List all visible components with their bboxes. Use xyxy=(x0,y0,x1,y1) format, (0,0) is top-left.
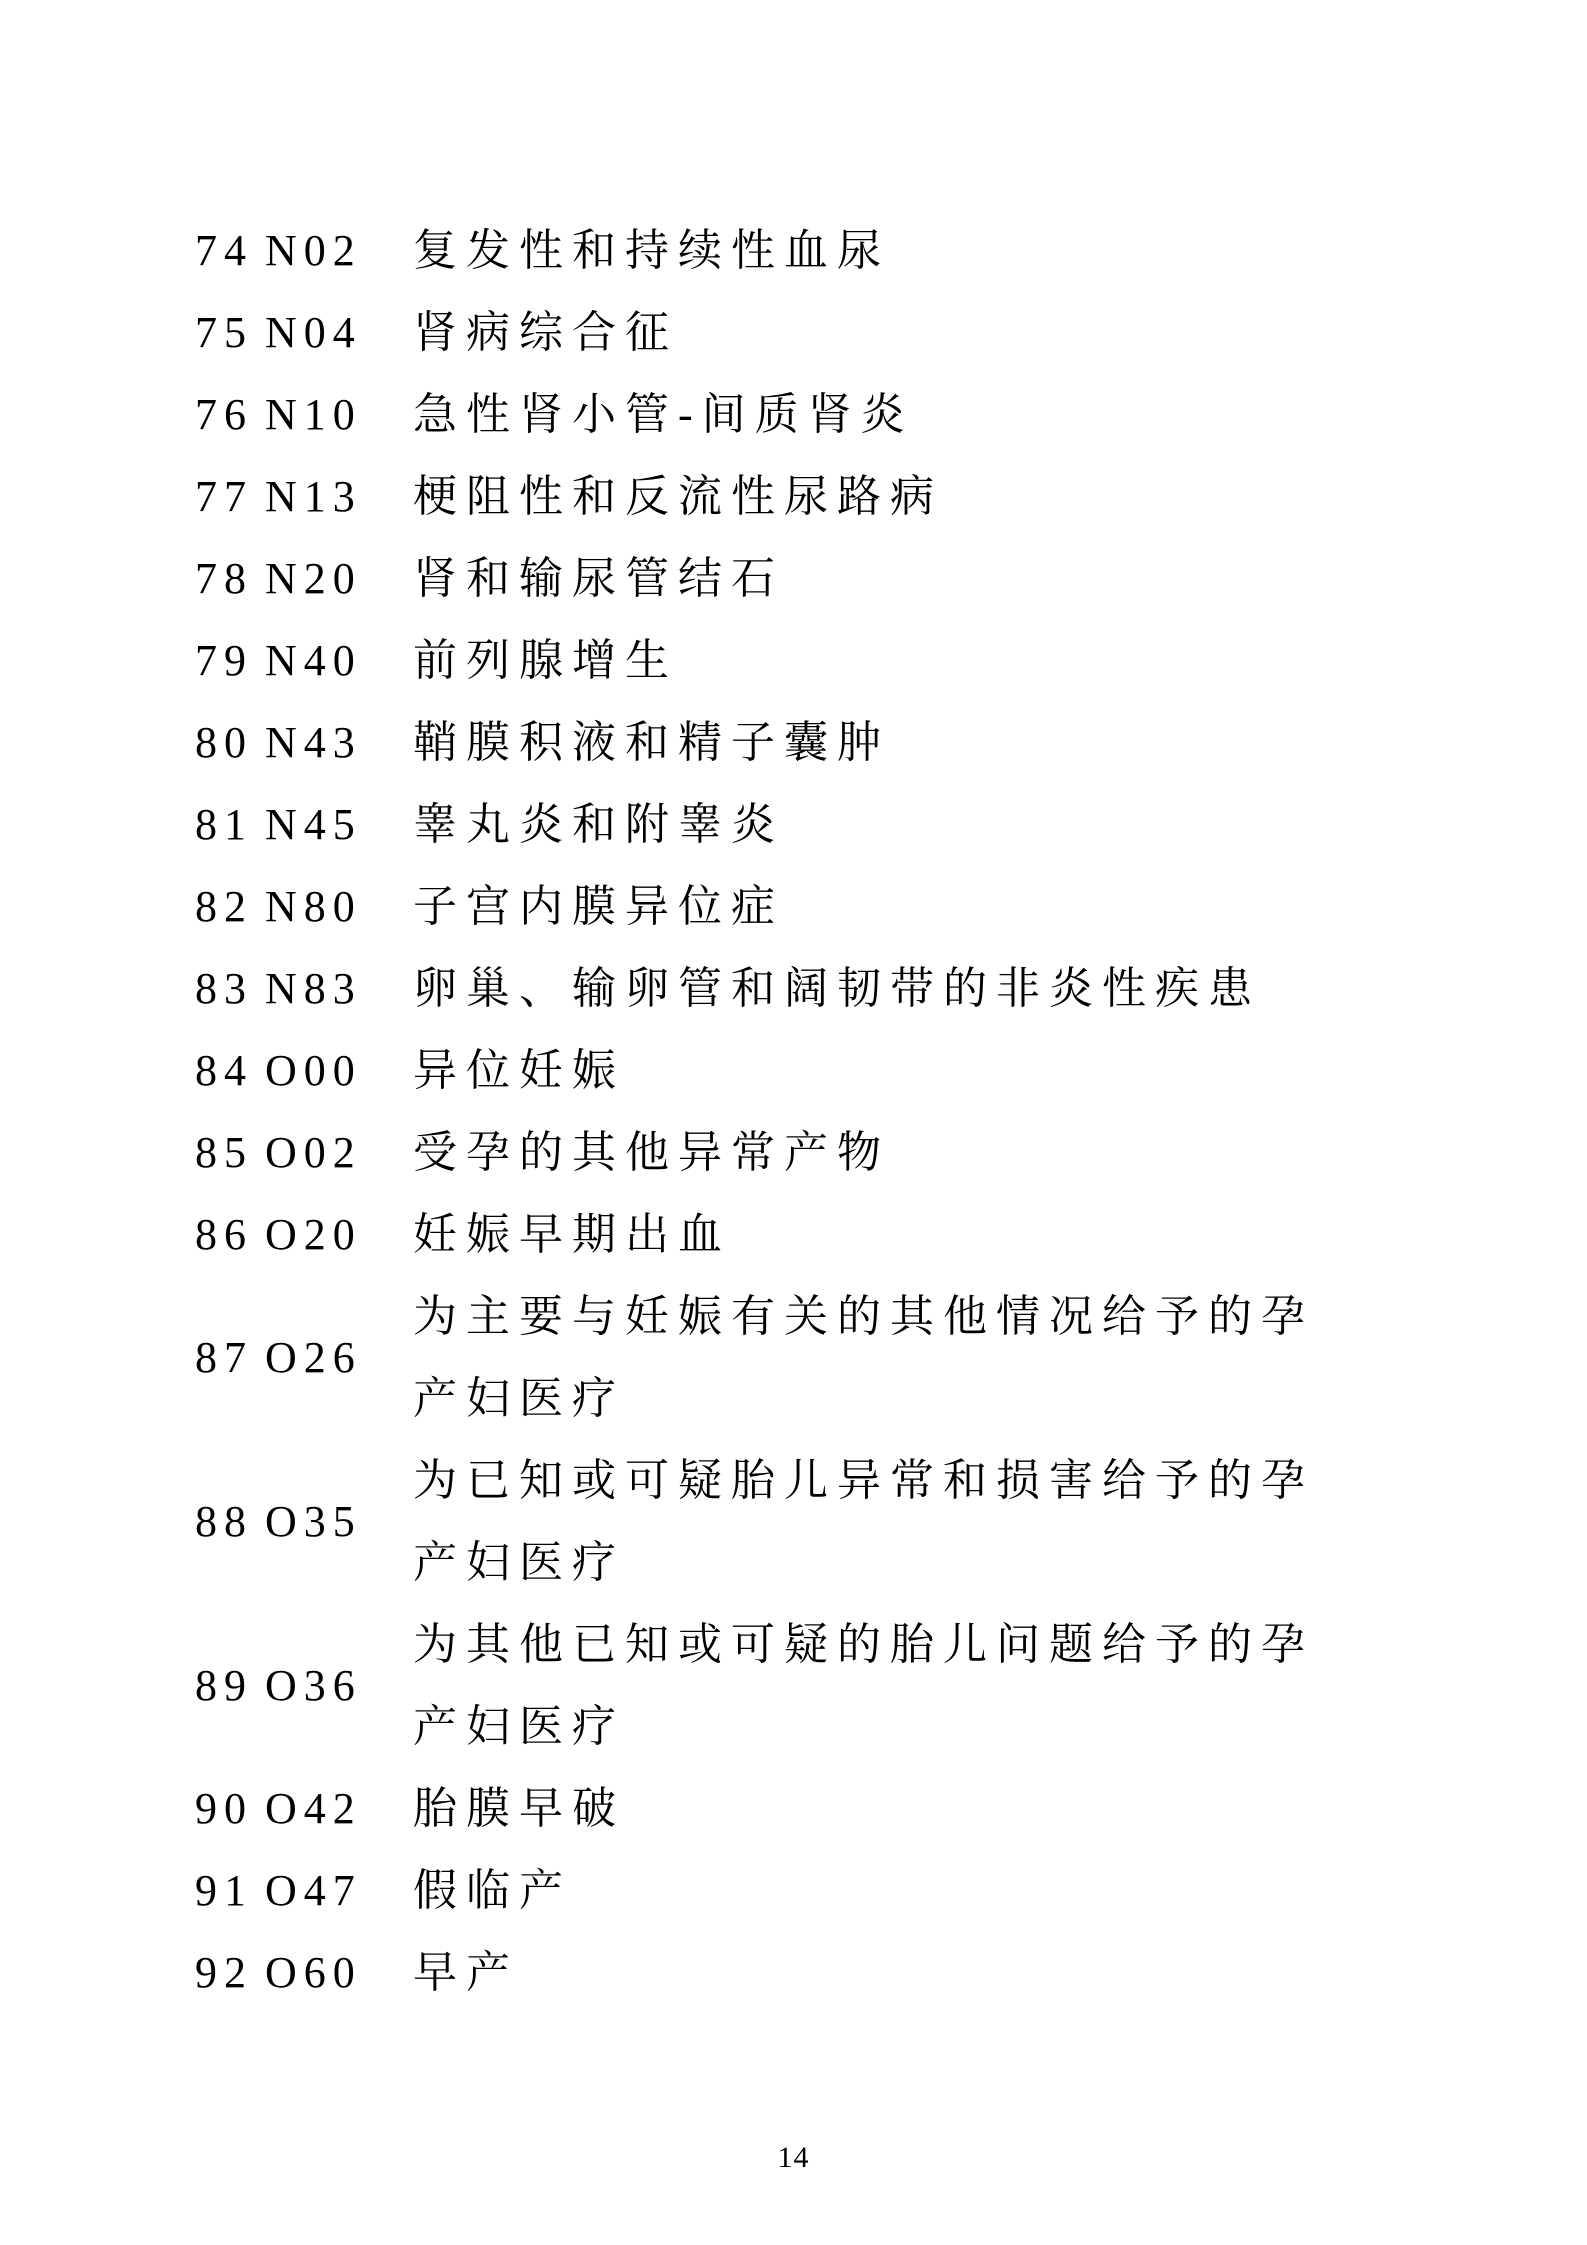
cell-icd-code: O60 xyxy=(265,1932,413,2014)
table-row: 85O02受孕的其他异常产物 xyxy=(195,1112,1555,1194)
cell-index: 83 xyxy=(195,948,265,1030)
cell-index: 77 xyxy=(195,456,265,538)
cell-icd-code: N40 xyxy=(265,620,413,702)
cell-description: 为主要与妊娠有关的其他情况给予的孕 产妇医疗 xyxy=(413,1276,1355,1440)
table-row: 75N04肾病综合征 xyxy=(195,292,1555,374)
cell-description: 早产 xyxy=(413,1932,1355,2014)
cell-icd-code: N83 xyxy=(265,948,413,1030)
cell-description: 急性肾小管-间质肾炎 xyxy=(413,374,1355,456)
table-row: 88O35为已知或可疑胎儿异常和损害给予的孕 产妇医疗 xyxy=(195,1440,1555,1604)
table-row: 83N83卵巢、输卵管和阔韧带的非炎性疾患 xyxy=(195,948,1555,1030)
cell-index: 75 xyxy=(195,292,265,374)
table-row: 91O47假临产 xyxy=(195,1850,1555,1932)
table-row: 92O60早产 xyxy=(195,1932,1555,2014)
cell-index: 84 xyxy=(195,1030,265,1112)
cell-index: 85 xyxy=(195,1112,265,1194)
cell-description: 异位妊娠 xyxy=(413,1030,1355,1112)
table-row: 81N45睾丸炎和附睾炎 xyxy=(195,784,1555,866)
cell-description: 卵巢、输卵管和阔韧带的非炎性疾患 xyxy=(413,948,1355,1030)
cell-index: 76 xyxy=(195,374,265,456)
cell-icd-code: O00 xyxy=(265,1030,413,1112)
table-row: 77N13梗阻性和反流性尿路病 xyxy=(195,456,1555,538)
cell-description: 肾和输尿管结石 xyxy=(413,538,1355,620)
cell-icd-code: O35 xyxy=(265,1481,413,1563)
cell-description: 前列腺增生 xyxy=(413,620,1355,702)
cell-index: 89 xyxy=(195,1645,265,1727)
table-row: 84O00异位妊娠 xyxy=(195,1030,1555,1112)
cell-icd-code: N10 xyxy=(265,374,413,456)
cell-index: 86 xyxy=(195,1194,265,1276)
cell-description: 为其他已知或可疑的胎儿问题给予的孕 产妇医疗 xyxy=(413,1604,1355,1768)
cell-index: 82 xyxy=(195,866,265,948)
cell-index: 88 xyxy=(195,1481,265,1563)
document-page: 74N02复发性和持续性血尿75N04肾病综合征76N10急性肾小管-间质肾炎7… xyxy=(0,0,1587,2245)
table-row: 86O20妊娠早期出血 xyxy=(195,1194,1555,1276)
cell-description: 梗阻性和反流性尿路病 xyxy=(413,456,1355,538)
cell-index: 91 xyxy=(195,1850,265,1932)
cell-description: 受孕的其他异常产物 xyxy=(413,1112,1355,1194)
cell-description: 鞘膜积液和精子囊肿 xyxy=(413,702,1355,784)
table-row: 87O26为主要与妊娠有关的其他情况给予的孕 产妇医疗 xyxy=(195,1276,1555,1440)
cell-description: 睾丸炎和附睾炎 xyxy=(413,784,1355,866)
cell-index: 81 xyxy=(195,784,265,866)
cell-index: 79 xyxy=(195,620,265,702)
cell-icd-code: N45 xyxy=(265,784,413,866)
cell-description: 复发性和持续性血尿 xyxy=(413,210,1355,292)
cell-icd-code: O36 xyxy=(265,1645,413,1727)
cell-description: 妊娠早期出血 xyxy=(413,1194,1355,1276)
cell-icd-code: N43 xyxy=(265,702,413,784)
table-row: 76N10急性肾小管-间质肾炎 xyxy=(195,374,1555,456)
cell-icd-code: N02 xyxy=(265,210,413,292)
cell-icd-code: N04 xyxy=(265,292,413,374)
cell-description: 假临产 xyxy=(413,1850,1355,1932)
table-row: 78N20肾和输尿管结石 xyxy=(195,538,1555,620)
cell-description: 子宫内膜异位症 xyxy=(413,866,1355,948)
cell-icd-code: N13 xyxy=(265,456,413,538)
cell-icd-code: O20 xyxy=(265,1194,413,1276)
cell-description: 为已知或可疑胎儿异常和损害给予的孕 产妇医疗 xyxy=(413,1440,1355,1604)
page-number: 14 xyxy=(0,2138,1587,2178)
cell-description: 肾病综合征 xyxy=(413,292,1355,374)
cell-icd-code: O26 xyxy=(265,1317,413,1399)
cell-index: 74 xyxy=(195,210,265,292)
cell-icd-code: N20 xyxy=(265,538,413,620)
code-table: 74N02复发性和持续性血尿75N04肾病综合征76N10急性肾小管-间质肾炎7… xyxy=(195,210,1555,2014)
cell-index: 80 xyxy=(195,702,265,784)
table-row: 89O36为其他已知或可疑的胎儿问题给予的孕 产妇医疗 xyxy=(195,1604,1555,1768)
cell-index: 90 xyxy=(195,1768,265,1850)
table-row: 80N43鞘膜积液和精子囊肿 xyxy=(195,702,1555,784)
table-row: 79N40前列腺增生 xyxy=(195,620,1555,702)
cell-icd-code: O42 xyxy=(265,1768,413,1850)
cell-index: 92 xyxy=(195,1932,265,2014)
cell-index: 78 xyxy=(195,538,265,620)
table-row: 82N80子宫内膜异位症 xyxy=(195,866,1555,948)
cell-icd-code: O02 xyxy=(265,1112,413,1194)
table-row: 90O42胎膜早破 xyxy=(195,1768,1555,1850)
cell-icd-code: O47 xyxy=(265,1850,413,1932)
cell-description: 胎膜早破 xyxy=(413,1768,1355,1850)
cell-icd-code: N80 xyxy=(265,866,413,948)
table-row: 74N02复发性和持续性血尿 xyxy=(195,210,1555,292)
cell-index: 87 xyxy=(195,1317,265,1399)
